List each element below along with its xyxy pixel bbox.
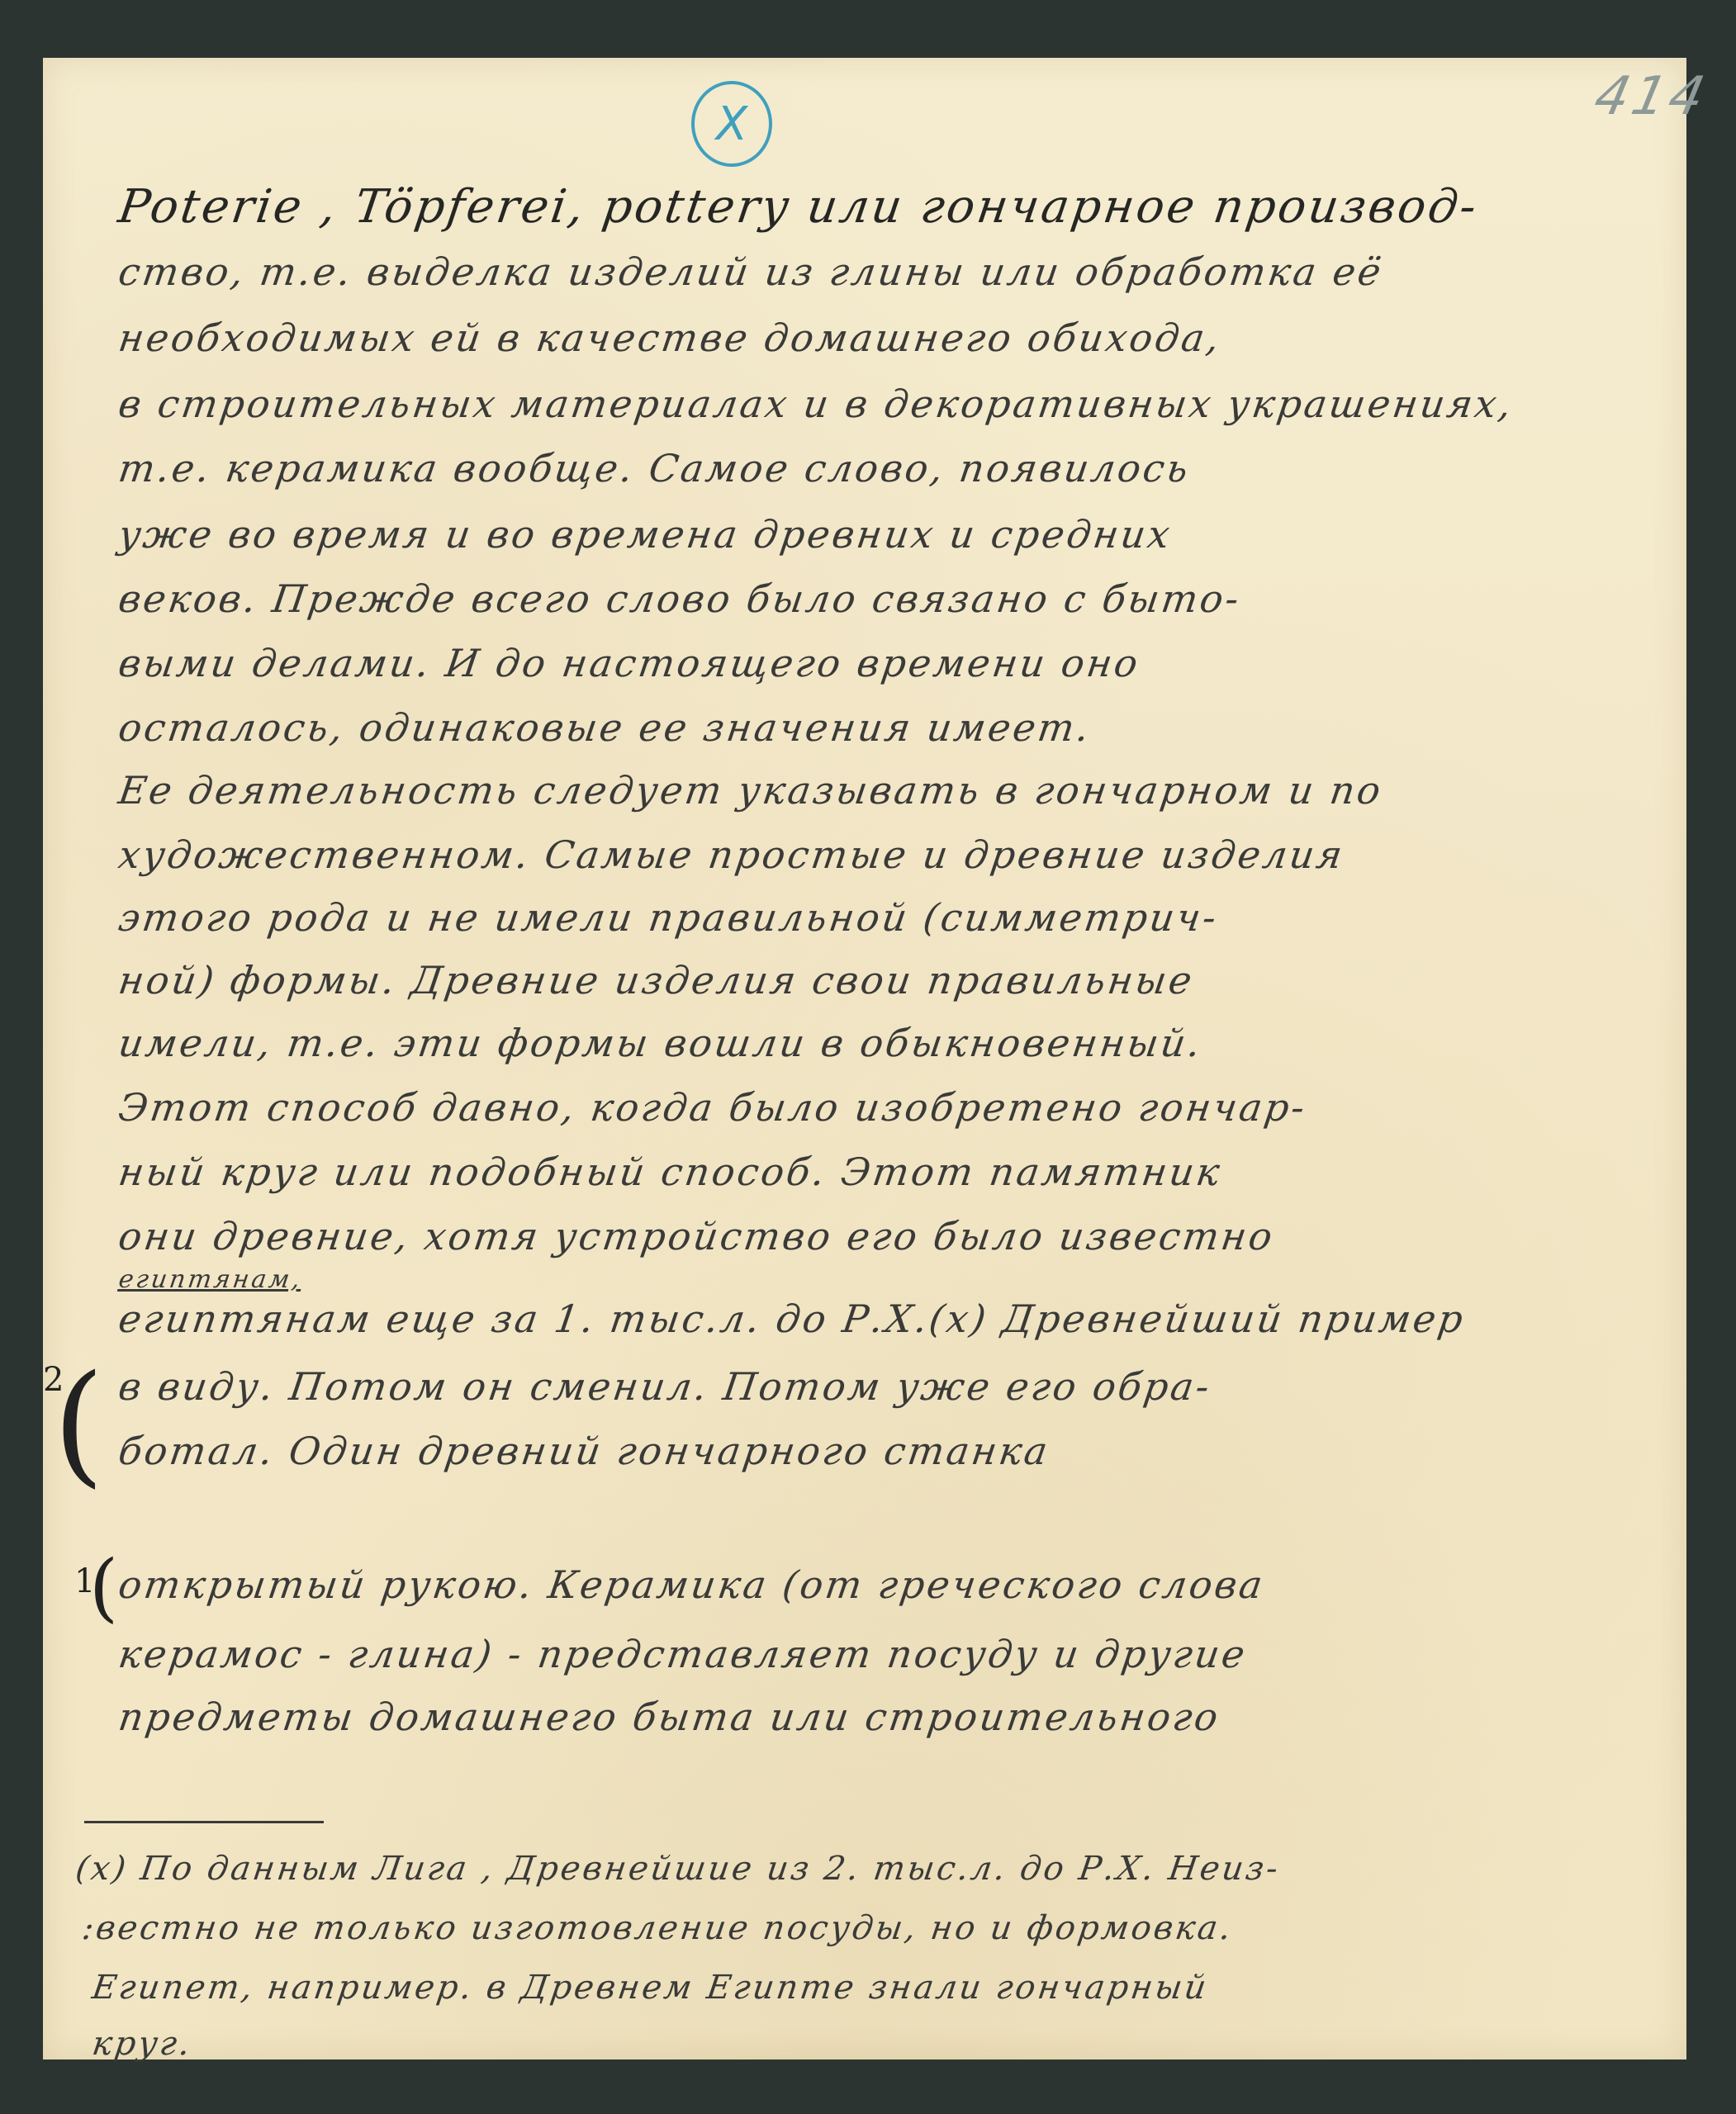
body-line: Ее деятельность следует указывать в гонч… <box>116 768 1386 813</box>
body-line: ботал. Один древний гончарного станка <box>116 1429 1052 1473</box>
body-line: уже во время и во времена древних и сред… <box>116 512 1174 557</box>
footnote-line: :вестно не только изготовление посуды, н… <box>80 1909 1236 1947</box>
body-line: керамос - глина) - представляет посуду и… <box>116 1632 1250 1676</box>
footnote-line: круг. <box>90 2025 195 2063</box>
body-line: необходимых ей в качестве домашнего обих… <box>116 315 1224 360</box>
body-line: в строительных материалах и в декоративн… <box>116 382 1516 426</box>
body-line: осталось, одинаковые ее значения имеет. <box>116 705 1094 750</box>
margin-bracket: ( <box>89 1544 118 1631</box>
folio-number: 414 <box>1589 66 1713 127</box>
footnote-line: Египет, например. в Древнем Египте знали… <box>90 1969 1211 2007</box>
body-line: Этот способ давно, когда было изобретено… <box>116 1085 1310 1130</box>
body-line: египтянам еще за 1. тыс.л. до Р.Х.(х) Др… <box>116 1296 1468 1341</box>
body-line: т.е. керамика вообще. Самое слово, появи… <box>116 446 1193 491</box>
margin-bracket: ( <box>53 1346 104 1500</box>
body-line: в виду. Потом он сменил. Потом уже его о… <box>116 1364 1214 1409</box>
footnote-line: (х) По данным Лига , Древнейшие из 2. ты… <box>74 1850 1283 1888</box>
manuscript-page: 414 X Poterie , Töpferei, pottery или го… <box>43 58 1686 2059</box>
body-line: ный круг или подобный способ. Этот памят… <box>116 1149 1225 1194</box>
body-line: ной) формы. Древние изделия свои правиль… <box>116 958 1197 1002</box>
body-line: ство, т.е. выделка изделий из глины или … <box>116 249 1386 294</box>
inserted-correction: египтянам, <box>117 1265 305 1294</box>
body-line: предметы домашнего быта или строительног… <box>116 1695 1223 1739</box>
body-line: выми делами. И до настоящего времени оно <box>116 641 1143 685</box>
body-line: открытый рукою. Керамика (от греческого … <box>116 1562 1268 1607</box>
body-line: веков. Прежде всего слово было связано с… <box>116 576 1244 621</box>
body-line: имели, т.е. эти формы вошли в обыкновенн… <box>116 1021 1205 1065</box>
body-line: Poterie , Töpferei, pottery или гончарно… <box>115 180 1482 234</box>
footnote-separator <box>84 1821 324 1823</box>
stamp-mark-icon: X <box>716 97 747 151</box>
archive-stamp: X <box>691 81 772 167</box>
body-line: этого рода и не имели правильной (симмет… <box>116 895 1221 940</box>
body-line: они древние, хотя устройство его было из… <box>116 1214 1277 1258</box>
body-line: художественном. Самые простые и древние … <box>116 832 1347 877</box>
